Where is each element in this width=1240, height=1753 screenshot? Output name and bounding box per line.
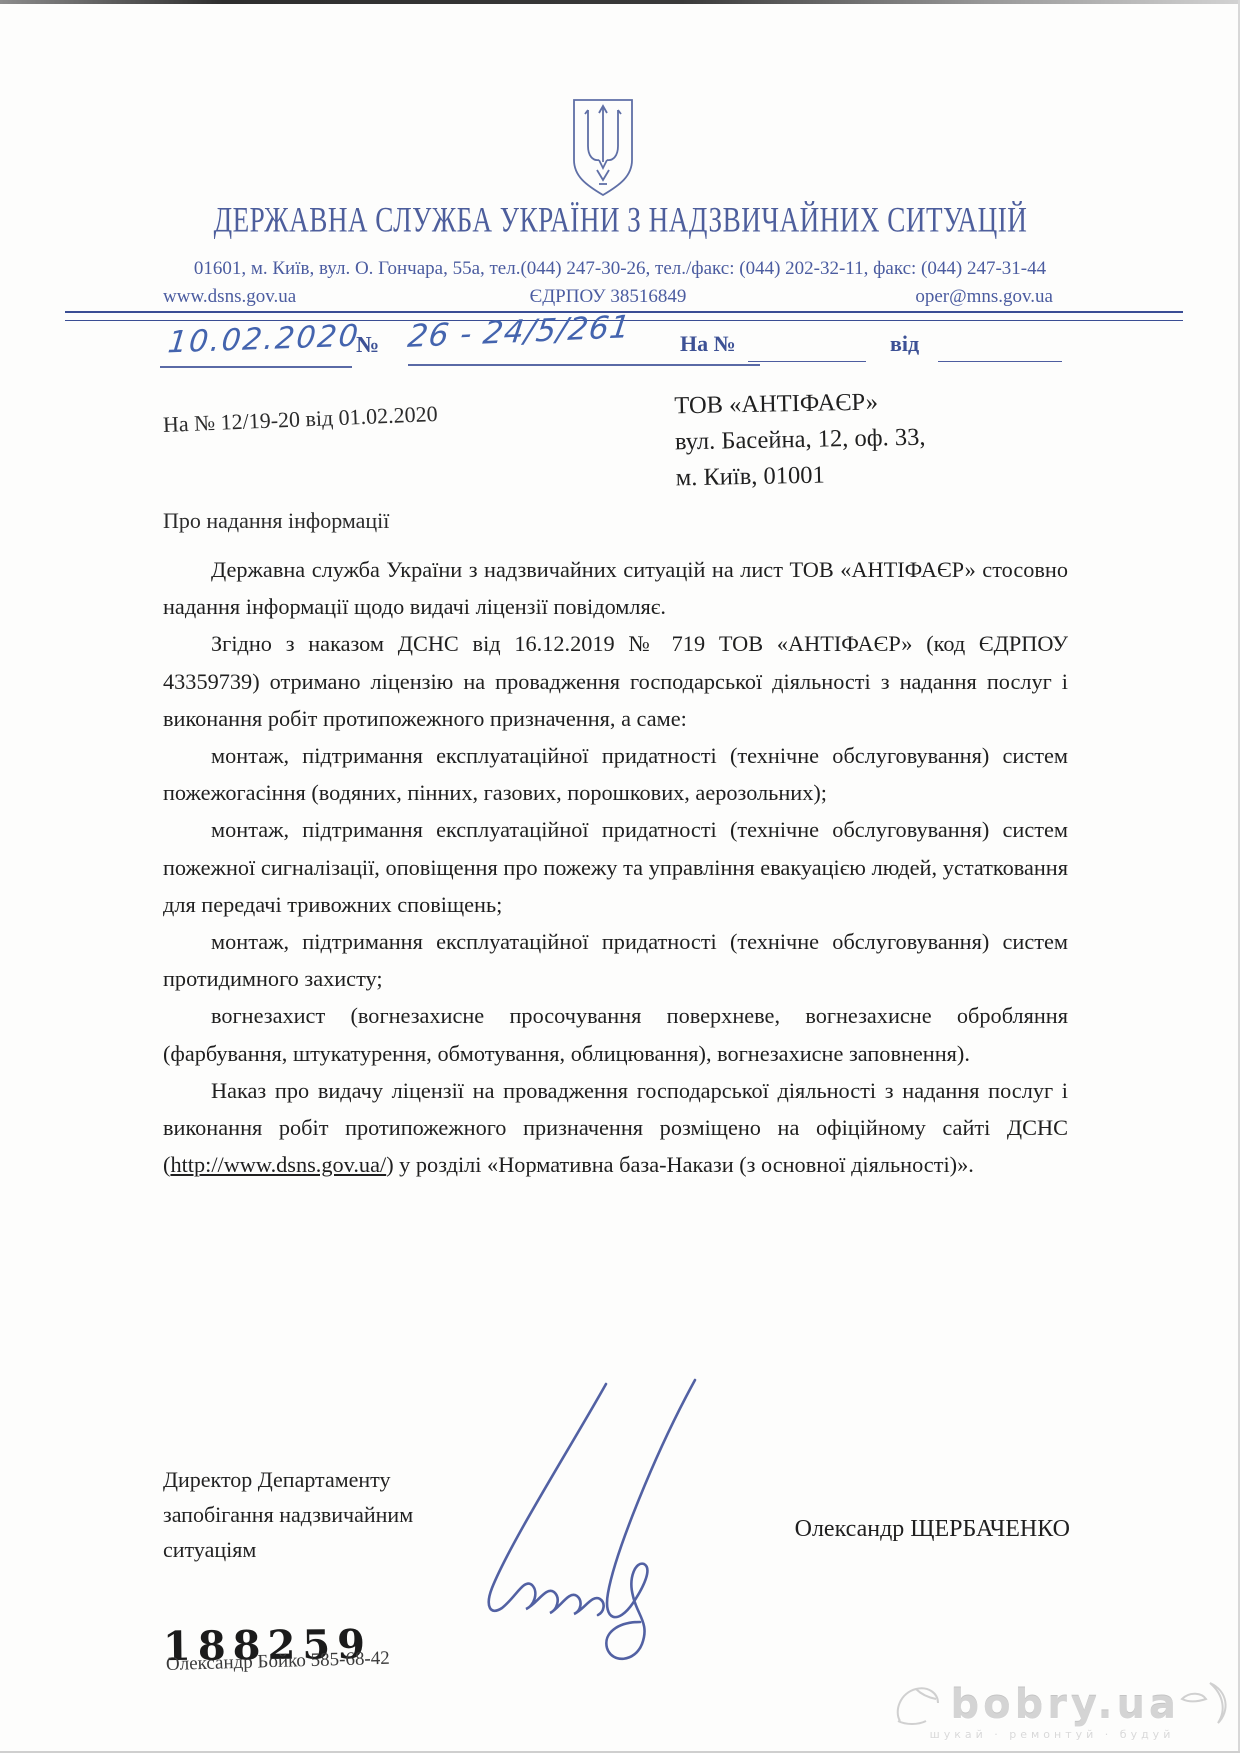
body-paragraph: вогнезахист (вогнезахисне просочування п…	[163, 997, 1068, 1071]
handwritten-signature-icon	[440, 1378, 760, 1673]
recipient-address-line2: м. Київ, 01001	[675, 456, 926, 497]
final-paragraph-text: ) у розділі «Нормативна база-Накази (з о…	[386, 1152, 974, 1177]
scanned-letter-page: ДЕРЖАВНА СЛУЖБА УКРАЇНИ З НАДЗВИЧАЙНИХ С…	[0, 0, 1240, 1753]
reply-number-blank-underline	[748, 361, 866, 362]
dsns-site-link-text: http://www.dsns.gov.ua/	[170, 1152, 386, 1177]
signer-title-line: Директор Департаменту	[163, 1462, 413, 1497]
outgoing-date-handwriting: 10.02.2020	[166, 319, 361, 361]
body-paragraph: монтаж, підтримання експлуатаційної прид…	[163, 923, 1068, 997]
recipient-block: ТОВ «АНТІФАЄР» вул. Басейна, 12, оф. 33,…	[674, 384, 926, 497]
letter-body: Державна служба України з надзвичайних с…	[163, 551, 1068, 1183]
body-paragraph: монтаж, підтримання експлуатаційної прид…	[163, 737, 1068, 811]
reply-number-label: На №	[680, 331, 736, 357]
recipient-name: ТОВ «АНТІФАЄР»	[674, 384, 925, 425]
body-paragraph: монтаж, підтримання експлуатаційної прид…	[163, 811, 1068, 923]
reply-date-blank-underline	[938, 361, 1062, 362]
body-paragraph: Державна служба України з надзвичайних с…	[163, 551, 1068, 625]
org-name-title: ДЕРЖАВНА СЛУЖБА УКРАЇНИ З НАДЗВИЧАЙНИХ С…	[0, 201, 1240, 233]
signer-name: Олександр ЩЕРБАЧЕНКО	[760, 1516, 1070, 1543]
body-paragraph-final: Наказ про видачу ліцензії на провадження…	[163, 1072, 1068, 1184]
watermark-brand-text: bobry.ua	[950, 1682, 1180, 1728]
org-email-text: oper@mns.gov.ua	[915, 286, 1053, 308]
body-paragraph: Згідно з наказом ДСНС від 16.12.2019 № 7…	[163, 625, 1068, 737]
signer-title-block: Директор Департаменту запобігання надзви…	[163, 1462, 413, 1567]
ukraine-trident-emblem-icon	[570, 98, 636, 203]
org-contact-address: 01601, м. Київ, вул. О. Гончара, 55а, те…	[0, 258, 1240, 280]
in-reply-to-reference: На № 12/19-20 від 01.02.2020	[162, 401, 438, 438]
signer-title-line: запобігання надзвичайним	[163, 1497, 413, 1532]
subject-line: Про надання інформації	[163, 508, 389, 534]
numero-sign: №	[356, 332, 379, 358]
reply-date-label: від	[890, 331, 919, 357]
recipient-address-line1: вул. Басейна, 12, оф. 33,	[675, 420, 926, 461]
outgoing-number-underline	[408, 364, 760, 366]
beaver-icon	[892, 1677, 950, 1732]
scan-edge-top	[0, 0, 1240, 4]
outgoing-date-underline	[160, 366, 352, 368]
watermark-swoosh-icon	[1180, 1677, 1232, 1732]
signer-title-line: ситуаціям	[163, 1532, 413, 1567]
brand-watermark: bobry.ua шукай · ремонтуй · будуй	[872, 1677, 1232, 1749]
